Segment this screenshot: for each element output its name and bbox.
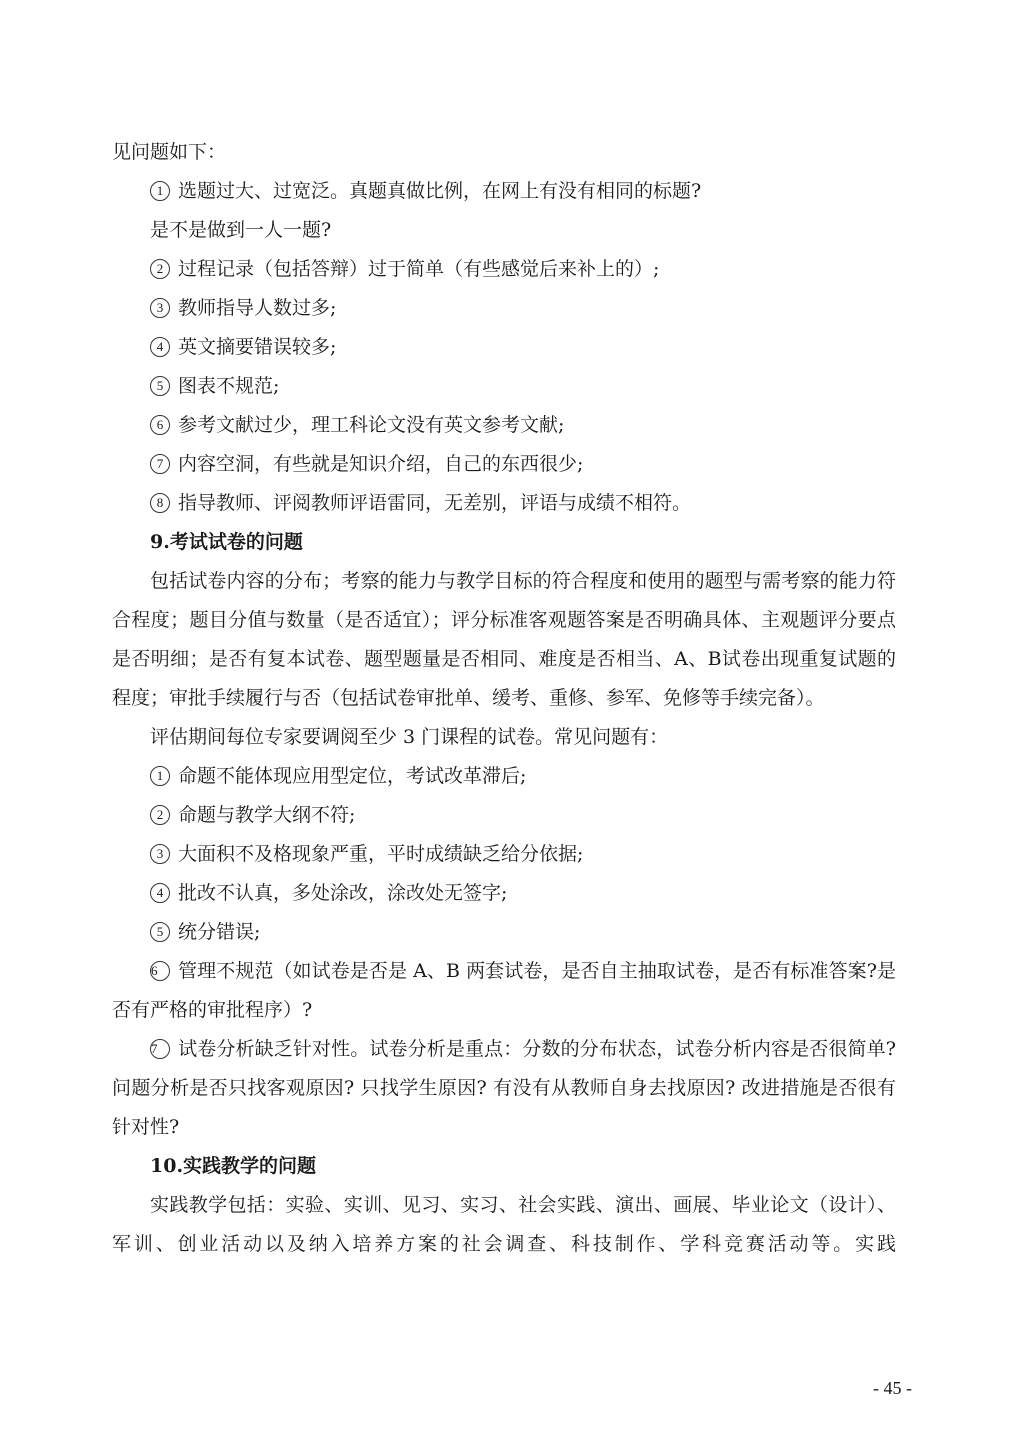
circled-number: 4 <box>150 337 170 357</box>
circled-number: 7 <box>150 1039 170 1059</box>
page-number: - 45 - <box>873 1378 912 1399</box>
circled-number: 2 <box>150 259 170 279</box>
list-item-paragraph: 7试卷分析缺乏针对性。试卷分析是重点：分数的分布状态，试卷分析内容是否很简单? … <box>112 1030 896 1147</box>
section9-paragraph-2: 评估期间每位专家要调阅至少 3 门课程的试卷。常见问题有： <box>112 718 896 757</box>
circled-number: 7 <box>150 454 170 474</box>
circled-number: 1 <box>150 181 170 201</box>
list-item: 2过程记录（包括答辩）过于简单（有些感觉后来补上的）; <box>112 250 896 289</box>
section-heading-9: 9.考试试卷的问题 <box>112 523 896 562</box>
section9-paragraph-1: 包括试卷内容的分布；考察的能力与教学目标的符合程度和使用的题型与需考察的能力符合… <box>112 562 896 718</box>
list-item: 8指导教师、评阅教师评语雷同，无差别，评语与成绩不相符。 <box>112 484 896 523</box>
list-item: 5统分错误; <box>112 913 896 952</box>
circled-number: 8 <box>150 493 170 513</box>
list-item: 4批改不认真，多处涂改，涂改处无签字; <box>112 874 896 913</box>
list-item: 1命题不能体现应用型定位，考试改革滞后; <box>112 757 896 796</box>
list-item: 5图表不规范; <box>112 367 896 406</box>
list-item: 7内容空洞，有些就是知识介绍，自己的东西很少; <box>112 445 896 484</box>
circled-number: 2 <box>150 805 170 825</box>
section-heading-10: 10.实践教学的问题 <box>112 1147 896 1186</box>
circled-number: 3 <box>150 298 170 318</box>
list-item: 3教师指导人数过多; <box>112 289 896 328</box>
list-item: 4英文摘要错误较多; <box>112 328 896 367</box>
circled-number: 3 <box>150 844 170 864</box>
list-item-continuation: 是不是做到一人一题? <box>112 211 896 250</box>
circled-number: 1 <box>150 766 170 786</box>
list-item: 1选题过大、过宽泛。真题真做比例，在网上有没有相同的标题? <box>112 172 896 211</box>
circled-number: 5 <box>150 922 170 942</box>
circled-number: 4 <box>150 883 170 903</box>
section10-paragraph-1: 实践教学包括：实验、实训、见习、实习、社会实践、演出、画展、毕业论文（设计）、军… <box>112 1186 896 1264</box>
list-item: 2命题与教学大纲不符; <box>112 796 896 835</box>
intro-line: 见问题如下： <box>112 133 896 172</box>
circled-number: 6 <box>150 415 170 435</box>
list-item: 6参考文献过少，理工科论文没有英文参考文献; <box>112 406 896 445</box>
circled-number: 6 <box>150 961 170 981</box>
list-item-paragraph: 6管理不规范（如试卷是否是 A、B 两套试卷，是否自主抽取试卷，是否有标准答案?… <box>112 952 896 1030</box>
document-page: 见问题如下： 1选题过大、过宽泛。真题真做比例，在网上有没有相同的标题? 是不是… <box>112 133 896 1264</box>
circled-number: 5 <box>150 376 170 396</box>
list-item: 3大面积不及格现象严重，平时成绩缺乏给分依据; <box>112 835 896 874</box>
